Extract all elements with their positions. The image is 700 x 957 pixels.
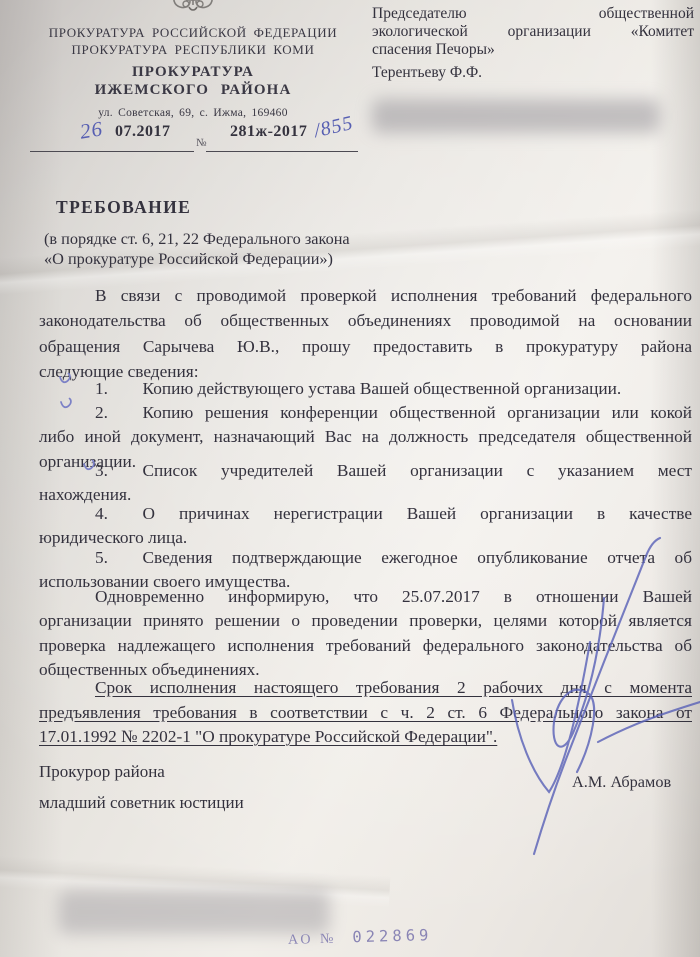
document-subtitle: (в порядке ст. 6, 21, 22 Федерального за… — [44, 229, 474, 268]
office-name-line1: ПРОКУРАТУРА — [18, 64, 368, 82]
printed-date: 07.2017 — [115, 123, 171, 141]
list-item-1: 1. Копию действующего устава Вашей общес… — [39, 377, 692, 401]
stamp-number: 022869 — [352, 926, 432, 946]
date-underline — [30, 151, 194, 152]
handwritten-checkmark-icon — [59, 397, 77, 413]
info-paragraph: Одновременно информирую, что 25.07.2017 … — [39, 585, 692, 682]
signer-position-line1: Прокурор района — [39, 762, 165, 782]
date-number-row: 26 07.2017 № 281ж-2017 /855 — [18, 118, 378, 164]
office-name-line2: ИЖЕМСКОГО РАЙОНА — [18, 82, 368, 100]
handwritten-checkmark-icon — [82, 459, 100, 475]
list-item-3: 3. Список учредителей Вашей организации … — [39, 459, 692, 506]
org-name-line1: ПРОКУРАТУРА РОССИЙСКОЙ ФЕДЕРАЦИИ — [18, 24, 368, 41]
number-underline — [206, 151, 358, 152]
signer-position-line2: младший советник юстиции — [39, 793, 244, 813]
redacted-address-blur — [372, 99, 660, 133]
handwritten-checkmark-icon — [58, 372, 76, 388]
redacted-bottom-blur — [58, 890, 330, 934]
addressee-block: Председателю общественнойэкологической о… — [372, 5, 694, 59]
document-scan: ПРОКУРАТУРА РОССИЙСКОЙ ФЕДЕРАЦИИ ПРОКУРА… — [0, 0, 700, 957]
coat-of-arms-icon — [166, 0, 220, 19]
document-title: ТРЕБОВАНИЕ — [56, 197, 191, 218]
recipient-name: Терентьеву Ф.Ф. — [372, 64, 482, 82]
number-sign-label: № — [196, 137, 207, 149]
handwritten-day: 26 — [78, 116, 105, 144]
org-name-line2: ПРОКУРАТУРА РЕСПУБЛИКИ КОМИ — [18, 41, 368, 58]
letterhead: ПРОКУРАТУРА РОССИЙСКОЙ ФЕДЕРАЦИИ ПРОКУРА… — [18, 24, 368, 119]
signer-name: А.М. Абрамов — [572, 772, 671, 792]
stamp-series-label: АО № — [288, 932, 337, 948]
document-number: 281ж-2017 — [230, 123, 307, 141]
deadline-paragraph: Срок исполнения настоящего требования 2 … — [39, 676, 692, 750]
form-stamp: АО №022869 — [288, 926, 433, 949]
list-item-4: 4. О причинах нерегистрации Вашей органи… — [39, 502, 692, 550]
intro-paragraph: В связи с проводимой проверкой исполнени… — [39, 283, 692, 384]
